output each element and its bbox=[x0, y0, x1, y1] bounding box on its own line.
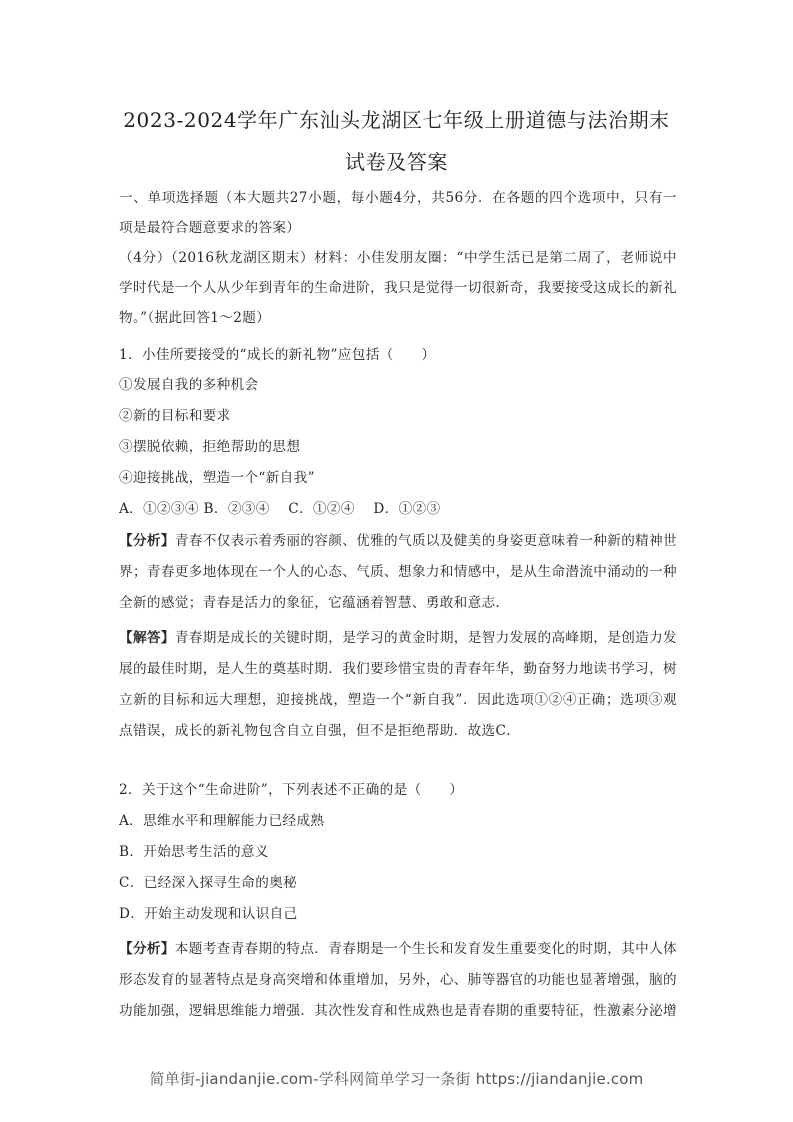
material-line-2: 学时代是一个人从少年到青年的生命进阶，我只是觉得一切很新奇，我要接受这成长的新礼 bbox=[119, 276, 677, 296]
question-1-answer-line-3: 立新的目标和远大理想，迎接挑战，塑造一个“新自我”．因此选项①②④正确；选项③观 bbox=[119, 688, 677, 708]
question-2-option-c: C．已经深入探寻生命的奥秘 bbox=[119, 871, 297, 891]
question-1-analysis-line-1: 【分析】青春不仅表示着秀丽的容颜、优雅的气质以及健美的身姿更意味着一种新的精神世 bbox=[119, 529, 677, 549]
question-2-option-b: B．开始思考生活的意义 bbox=[119, 840, 269, 860]
question-2-option-d: D．开始主动发现和认识自己 bbox=[119, 902, 298, 922]
analysis-label: 【分析】 bbox=[119, 533, 175, 549]
question-1-statement-1: ①发展自我的多种机会 bbox=[119, 373, 258, 393]
question-1-analysis-line-3: 全新的感觉；青春是活力的象征，它蕴涵着智慧、勇敢和意志． bbox=[119, 591, 509, 611]
analysis-label: 【分析】 bbox=[119, 941, 175, 957]
question-2-option-a: A．思维水平和理解能力已经成熟 bbox=[119, 809, 324, 829]
question-2-analysis-line-2: 形态发育的显著特点是身高突增和体重增加，另外，心、肺等器官的功能也显著增强，脑的 bbox=[119, 968, 677, 988]
document-title-line-1: 2023-2024学年广东汕头龙湖区七年级上册道德与法治期末 bbox=[110, 104, 683, 133]
question-1-statement-3: ③摆脱依赖，拒绝帮助的思想 bbox=[119, 435, 300, 455]
document-title-line-2: 试卷及答案 bbox=[110, 146, 683, 175]
question-2-stem: 2．关于这个“生命进阶”，下列表述不正确的是（ ） bbox=[119, 778, 463, 798]
question-1-options: A．①②③④ B．②③④ C．①②④ D．①②③ bbox=[119, 497, 440, 517]
section-heading-line-2: 项是最符合题意要求的答案） bbox=[119, 216, 300, 236]
question-1-answer-line-2: 展的最佳时期，是人生的奠基时期．我们要珍惜宝贵的青春年华，勤奋努力地读书学习，树 bbox=[119, 657, 677, 677]
document-page: 2023-2024学年广东汕头龙湖区七年级上册道德与法治期末 试卷及答案 一、单… bbox=[0, 0, 793, 1122]
question-1-stem: 1．小佳所要接受的“成长的新礼物”应包括（ ） bbox=[119, 343, 435, 363]
material-line-3: 物。”（据此回答1～2题） bbox=[119, 306, 270, 326]
section-heading-line-1: 一、单项选择题（本大题共27小题，每小题4分，共56分．在各题的四个选项中，只有… bbox=[119, 186, 677, 206]
question-2-analysis-line-1: 【分析】本题考查青春期的特点．青春期是一个生长和发育发生重要变化的时期，其中人体 bbox=[119, 937, 677, 957]
question-1-analysis-line-2: 界；青春更多地体现在一个人的心态、气质、想象力和情感中，是从生命潜流中涌动的一种 bbox=[119, 560, 677, 580]
question-1-statement-2: ②新的目标和要求 bbox=[119, 404, 231, 424]
question-1-answer-line-1: 【解答】青春期是成长的关键时期，是学习的黄金时期，是智力发展的高峰期，是创造力发 bbox=[119, 626, 677, 646]
watermark-footer: 简单街-jiandanjie.com-学科网简单学习一条街 https://ji… bbox=[0, 1068, 793, 1089]
question-1-answer-line-4: 点错误，成长的新礼物包含自立自强，但不是拒绝帮助．故选C． bbox=[119, 719, 520, 739]
question-1-statement-4: ④迎接挑战，塑造一个“新自我” bbox=[119, 466, 315, 486]
answer-label: 【解答】 bbox=[119, 630, 175, 646]
material-line-1: （4分）（2016秋龙湖区期末）材料：小佳发朋友圈：“中学生活已是第二周了，老师… bbox=[119, 246, 677, 266]
question-2-analysis-line-3: 功能加强，逻辑思维能力增强．其次性发育和性成熟也是青春期的重要特征，性激素分泌增 bbox=[119, 999, 677, 1019]
